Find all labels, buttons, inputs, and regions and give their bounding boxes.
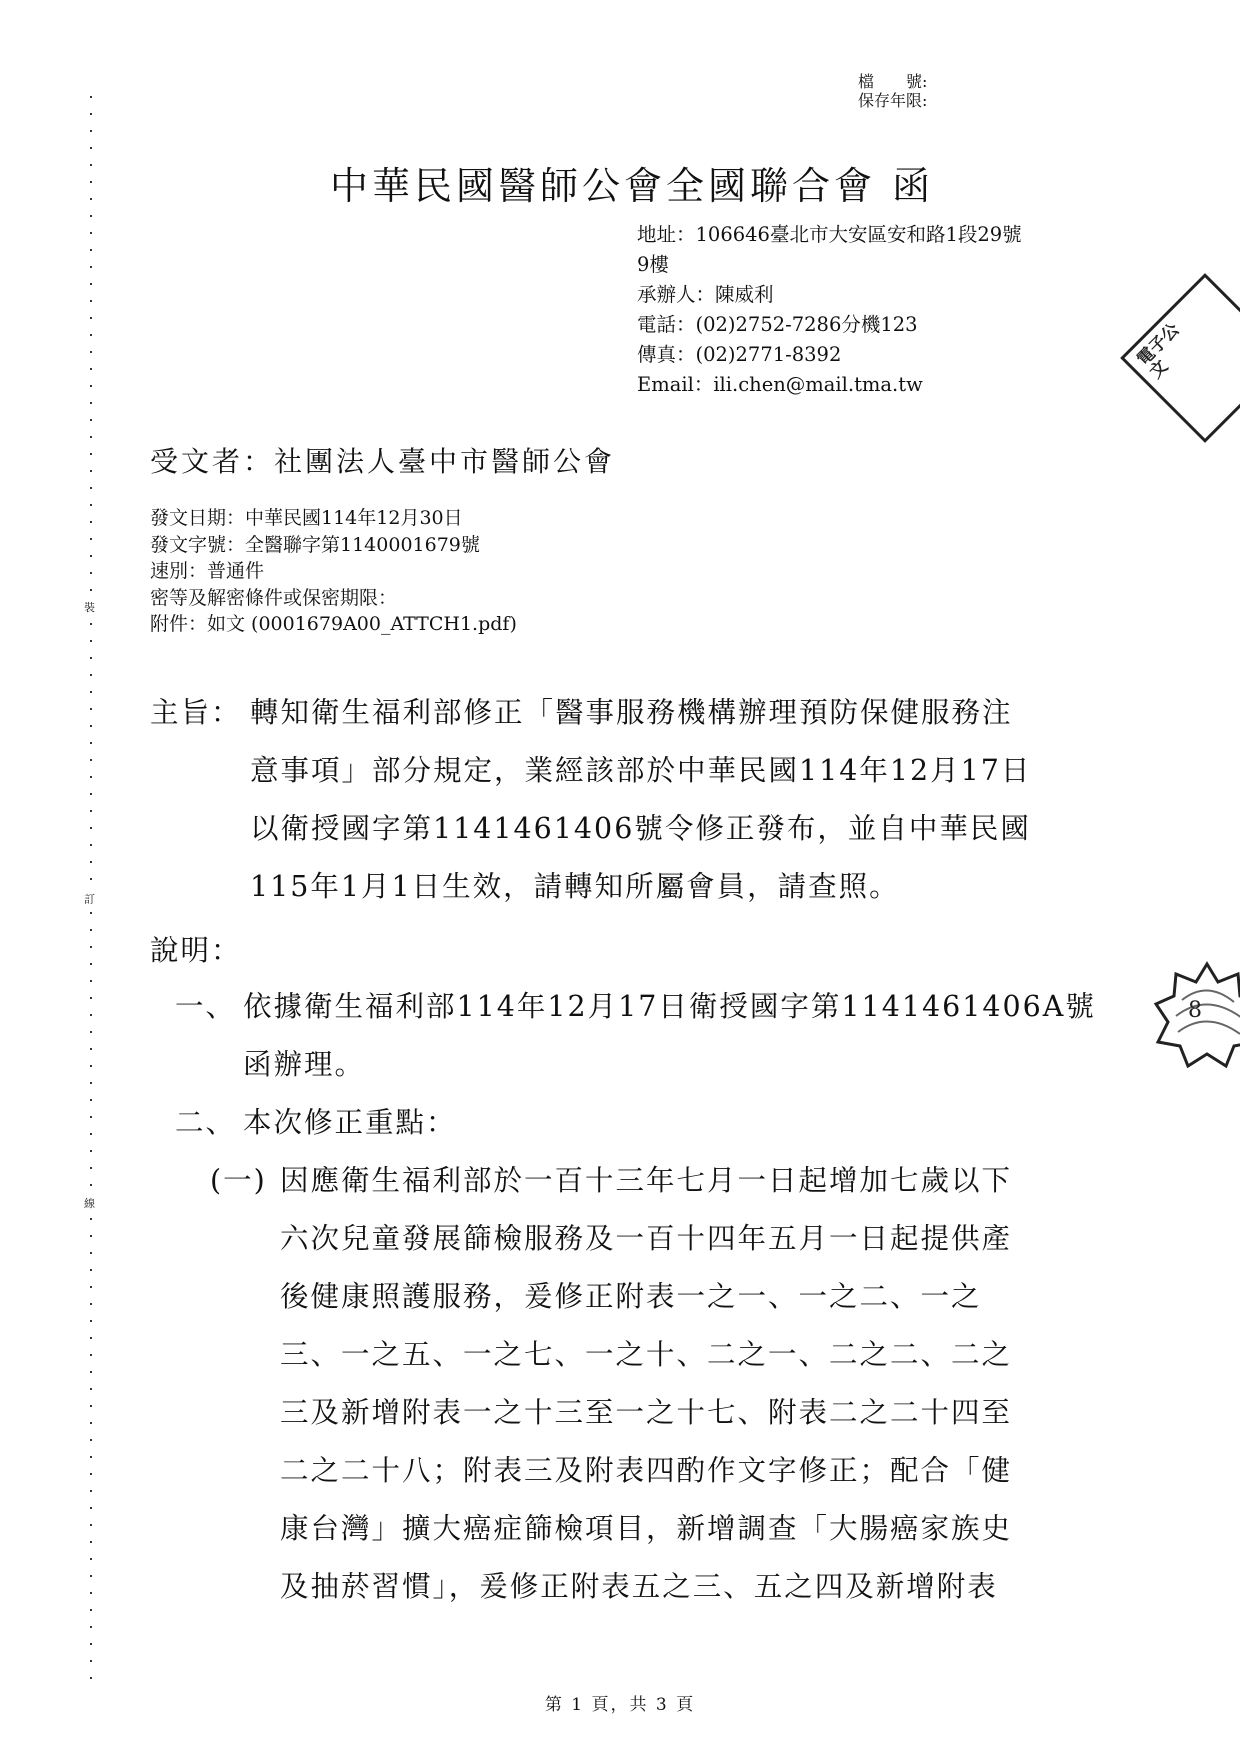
- binding-dot: [90, 504, 92, 506]
- binding-mark: 訂: [84, 894, 95, 906]
- subject-line: 意事項」部分規定，業經該部於中華民國114年12月17日: [250, 748, 1031, 789]
- issue-date: 發文日期：中華民國114年12月30日: [150, 505, 517, 532]
- binding-dot: [90, 266, 92, 268]
- binding-dot: [90, 1337, 92, 1339]
- subject-line: 轉知衛生福利部修正「醫事服務機構辦理預防保健服務注: [250, 690, 1013, 731]
- binding-dot: [90, 385, 92, 387]
- binding-dot: [90, 419, 92, 421]
- binding-dot: [90, 1303, 92, 1305]
- binding-dot: [90, 1626, 92, 1628]
- sub-item-number: (一): [210, 1158, 267, 1199]
- binding-dot: [90, 317, 92, 319]
- binding-dot: [90, 1507, 92, 1509]
- binding-dot: [90, 1167, 92, 1169]
- binding-dot: [90, 1558, 92, 1560]
- binding-dot: [90, 96, 92, 98]
- binding-dot: [90, 1609, 92, 1611]
- binding-dot: [90, 1235, 92, 1237]
- retention-label: 保存年限:: [858, 91, 927, 110]
- binding-dot: [90, 402, 92, 404]
- file-info: 檔 號: 保存年限:: [858, 72, 927, 110]
- binding-dot: [90, 1371, 92, 1373]
- binding-dot: [90, 1184, 92, 1186]
- binding-dot: [90, 1660, 92, 1662]
- binding-dot: [90, 351, 92, 353]
- document-number: 發文字號：全醫聯字第1140001679號: [150, 532, 517, 559]
- binding-dot: [90, 861, 92, 863]
- binding-dot: [90, 215, 92, 217]
- contact-block: 地址：106646臺北市大安區安和路1段29號 9樓 承辦人：陳威利 電話：(0…: [637, 220, 1022, 400]
- binding-dot: [90, 113, 92, 115]
- binding-dot: [90, 1541, 92, 1543]
- binding-dot: [90, 198, 92, 200]
- item-line: 函辦理。: [243, 1042, 365, 1083]
- binding-dot: [90, 793, 92, 795]
- binding-dot: [90, 1592, 92, 1594]
- binding-dot: [90, 283, 92, 285]
- binding-dot: [90, 521, 92, 523]
- binding-dot: [90, 1099, 92, 1101]
- subject-line: 以衛授國字第1141461406號令修正發布，並自中華民國: [250, 806, 1031, 847]
- recipient: 受文者：社團法人臺中市醫師公會: [150, 440, 615, 480]
- binding-mark: 裝: [84, 602, 95, 614]
- fax: 傳真：(02)2771-8392: [637, 340, 1022, 370]
- page-footer: 第 1 頁，共 3 頁: [0, 1690, 1240, 1715]
- sub-item-line: 三及新增附表一之十三至一之十七、附表二之二十四至: [280, 1390, 1012, 1431]
- binding-dot: [90, 487, 92, 489]
- binding-dot: [90, 1286, 92, 1288]
- sub-item-line: 因應衛生福利部於一百十三年七月一日起增加七歲以下: [280, 1158, 1012, 1199]
- binding-dot: [90, 1575, 92, 1577]
- binding-dot: [90, 1456, 92, 1458]
- binding-dot: [90, 232, 92, 234]
- binding-dot: [90, 1473, 92, 1475]
- handler: 承辦人：陳威利: [637, 280, 1022, 310]
- binding-dot: [90, 368, 92, 370]
- binding-dot: [90, 776, 92, 778]
- sub-item-line: 六次兒童發展篩檢服務及一百十四年五月一日起提供產: [280, 1216, 1012, 1257]
- binding-margin: 裝訂線: [88, 96, 96, 1686]
- item-number: 二、: [175, 1100, 236, 1141]
- binding-dot: [90, 810, 92, 812]
- binding-dot: [90, 1116, 92, 1118]
- binding-dot: [90, 1031, 92, 1033]
- binding-dot: [90, 657, 92, 659]
- attachment-link[interactable]: 附件：如文 (0001679A00_ATTCH1.pdf): [150, 611, 517, 638]
- binding-dot: [90, 1065, 92, 1067]
- binding-dot: [90, 589, 92, 591]
- item-line: 依據衛生福利部114年12月17日衛授國字第1141461406A號: [243, 984, 1096, 1025]
- binding-dot: [90, 1218, 92, 1220]
- file-number-label: 檔 號:: [858, 72, 927, 91]
- address-line-1: 地址：106646臺北市大安區安和路1段29號: [637, 220, 1022, 250]
- binding-dot: [90, 164, 92, 166]
- binding-dot: [90, 1133, 92, 1135]
- binding-dot: [90, 1320, 92, 1322]
- sub-item-line: 三、一之五、一之七、一之十、二之一、二之二、二之: [280, 1332, 1012, 1373]
- phone: 電話：(02)2752-7286分機123: [637, 310, 1022, 340]
- binding-dot: [90, 674, 92, 676]
- binding-dot: [90, 1048, 92, 1050]
- sub-item-line: 及抽菸習慣」，爰修正附表五之三、五之四及新增附表: [280, 1564, 998, 1605]
- binding-dot: [90, 538, 92, 540]
- sub-item-line: 後健康照護服務，爰修正附表一之一、一之二、一之: [280, 1274, 982, 1315]
- binding-dot: [90, 980, 92, 982]
- binding-dot: [90, 827, 92, 829]
- binding-dot: [90, 1677, 92, 1679]
- binding-dot: [90, 759, 92, 761]
- subject-label: 主旨：: [150, 690, 242, 731]
- binding-dot: [90, 572, 92, 574]
- binding-dot: [90, 1405, 92, 1407]
- binding-dot: [90, 1252, 92, 1254]
- item-number: 一、: [175, 984, 236, 1025]
- binding-dot: [90, 912, 92, 914]
- binding-dot: [90, 1524, 92, 1526]
- binding-dot: [90, 130, 92, 132]
- binding-dot: [90, 878, 92, 880]
- binding-dot: [90, 929, 92, 931]
- binding-dot: [90, 844, 92, 846]
- binding-dot: [90, 1354, 92, 1356]
- binding-dot: [90, 334, 92, 336]
- binding-dot: [90, 691, 92, 693]
- address-line-2: 9樓: [637, 250, 1022, 280]
- binding-dot: [90, 1150, 92, 1152]
- classification: 密等及解密條件或保密期限：: [150, 585, 517, 612]
- subject-line: 115年1月1日生效，請轉知所屬會員，請查照。: [250, 864, 900, 905]
- document-meta: 發文日期：中華民國114年12月30日 發文字號：全醫聯字第1140001679…: [150, 505, 517, 638]
- email: Email：ili.chen@mail.tma.tw: [637, 370, 1022, 400]
- binding-dot: [90, 1490, 92, 1492]
- binding-dot: [90, 708, 92, 710]
- binding-dot: [90, 555, 92, 557]
- binding-dot: [90, 470, 92, 472]
- binding-dot: [90, 1643, 92, 1645]
- binding-mark: 線: [84, 1198, 95, 1210]
- page-title: 中華民國醫師公會全國聯合會 函: [330, 155, 934, 210]
- binding-dot: [90, 623, 92, 625]
- binding-dot: [90, 997, 92, 999]
- binding-dot: [90, 1388, 92, 1390]
- binding-dot: [90, 249, 92, 251]
- speed: 速別：普通件: [150, 558, 517, 585]
- binding-dot: [90, 725, 92, 727]
- item-line: 本次修正重點：: [243, 1100, 457, 1141]
- binding-dot: [90, 946, 92, 948]
- binding-dot: [90, 1014, 92, 1016]
- binding-dot: [90, 181, 92, 183]
- binding-dot: [90, 147, 92, 149]
- binding-dot: [90, 742, 92, 744]
- binding-dot: [90, 640, 92, 642]
- binding-dot: [90, 1082, 92, 1084]
- binding-dot: [90, 300, 92, 302]
- binding-dot: [90, 1422, 92, 1424]
- binding-dot: [90, 1269, 92, 1271]
- page-seal-number: 8: [1188, 998, 1202, 1023]
- sub-item-line: 康台灣」擴大癌症篩檢項目，新增調查「大腸癌家族史: [280, 1506, 1012, 1547]
- sub-item-line: 二之二十八；附表三及附表四酌作文字修正；配合「健: [280, 1448, 1012, 1489]
- description-label: 說明：: [150, 928, 242, 969]
- binding-dot: [90, 436, 92, 438]
- binding-dot: [90, 453, 92, 455]
- binding-dot: [90, 1439, 92, 1441]
- binding-dot: [90, 963, 92, 965]
